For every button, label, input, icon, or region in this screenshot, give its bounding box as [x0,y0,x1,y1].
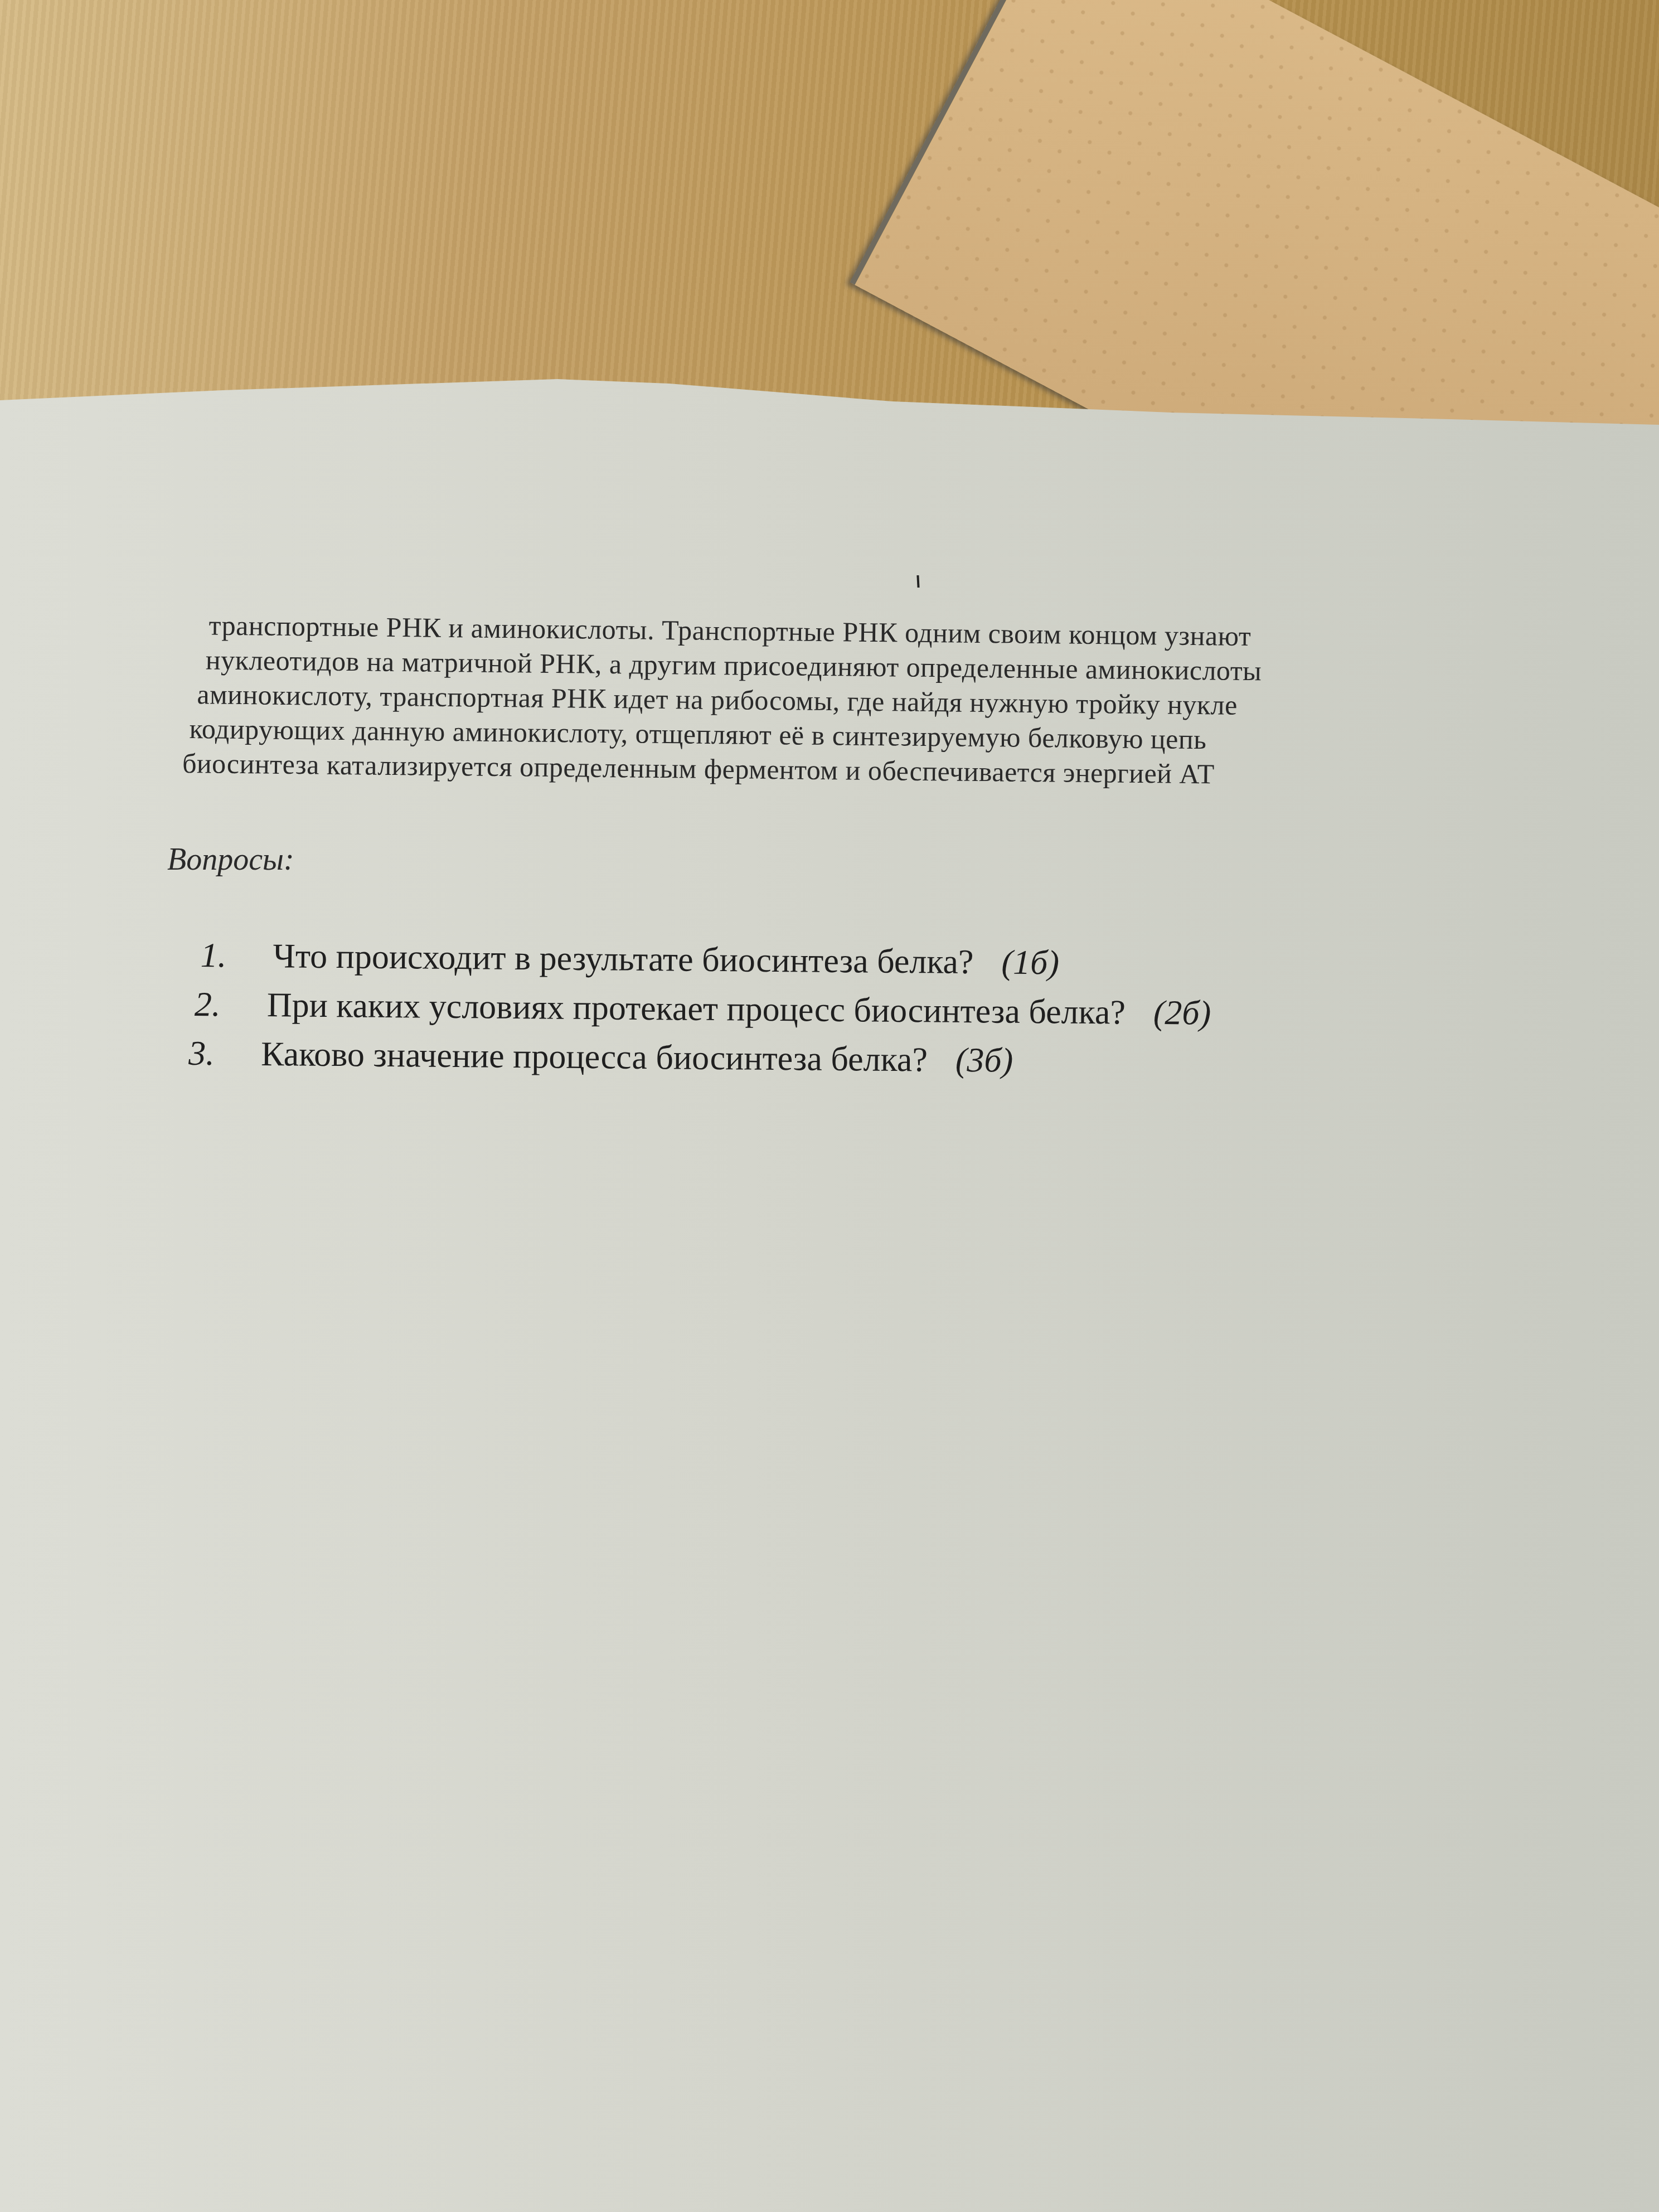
question-number: 1. [200,931,273,981]
question-item: 3.Каково значение процесса биосинтеза бе… [188,1029,1211,1087]
question-text: Каково значение процесса биосинтеза белк… [261,1035,928,1079]
question-text: При каких условиях протекает процесс био… [267,986,1126,1031]
questions-heading: Вопросы: [167,842,294,877]
question-text: Что происходит в результате биосинтеза б… [273,937,974,981]
questions-list: 1.Что происходит в результате биосинтеза… [200,931,1212,1087]
question-item: 2.При каких условиях протекает процесс б… [194,980,1211,1038]
pen-mark [916,575,919,588]
text-passage: транспортные РНК и аминокислоты. Транспо… [182,608,1659,796]
question-item: 1.Что происходит в результате биосинтеза… [200,931,1211,989]
question-number: 2. [194,980,267,1030]
question-points: (3б) [955,1041,1013,1080]
question-number: 3. [188,1029,261,1079]
question-points: (1б) [1001,944,1059,982]
question-points: (2б) [1153,994,1211,1032]
